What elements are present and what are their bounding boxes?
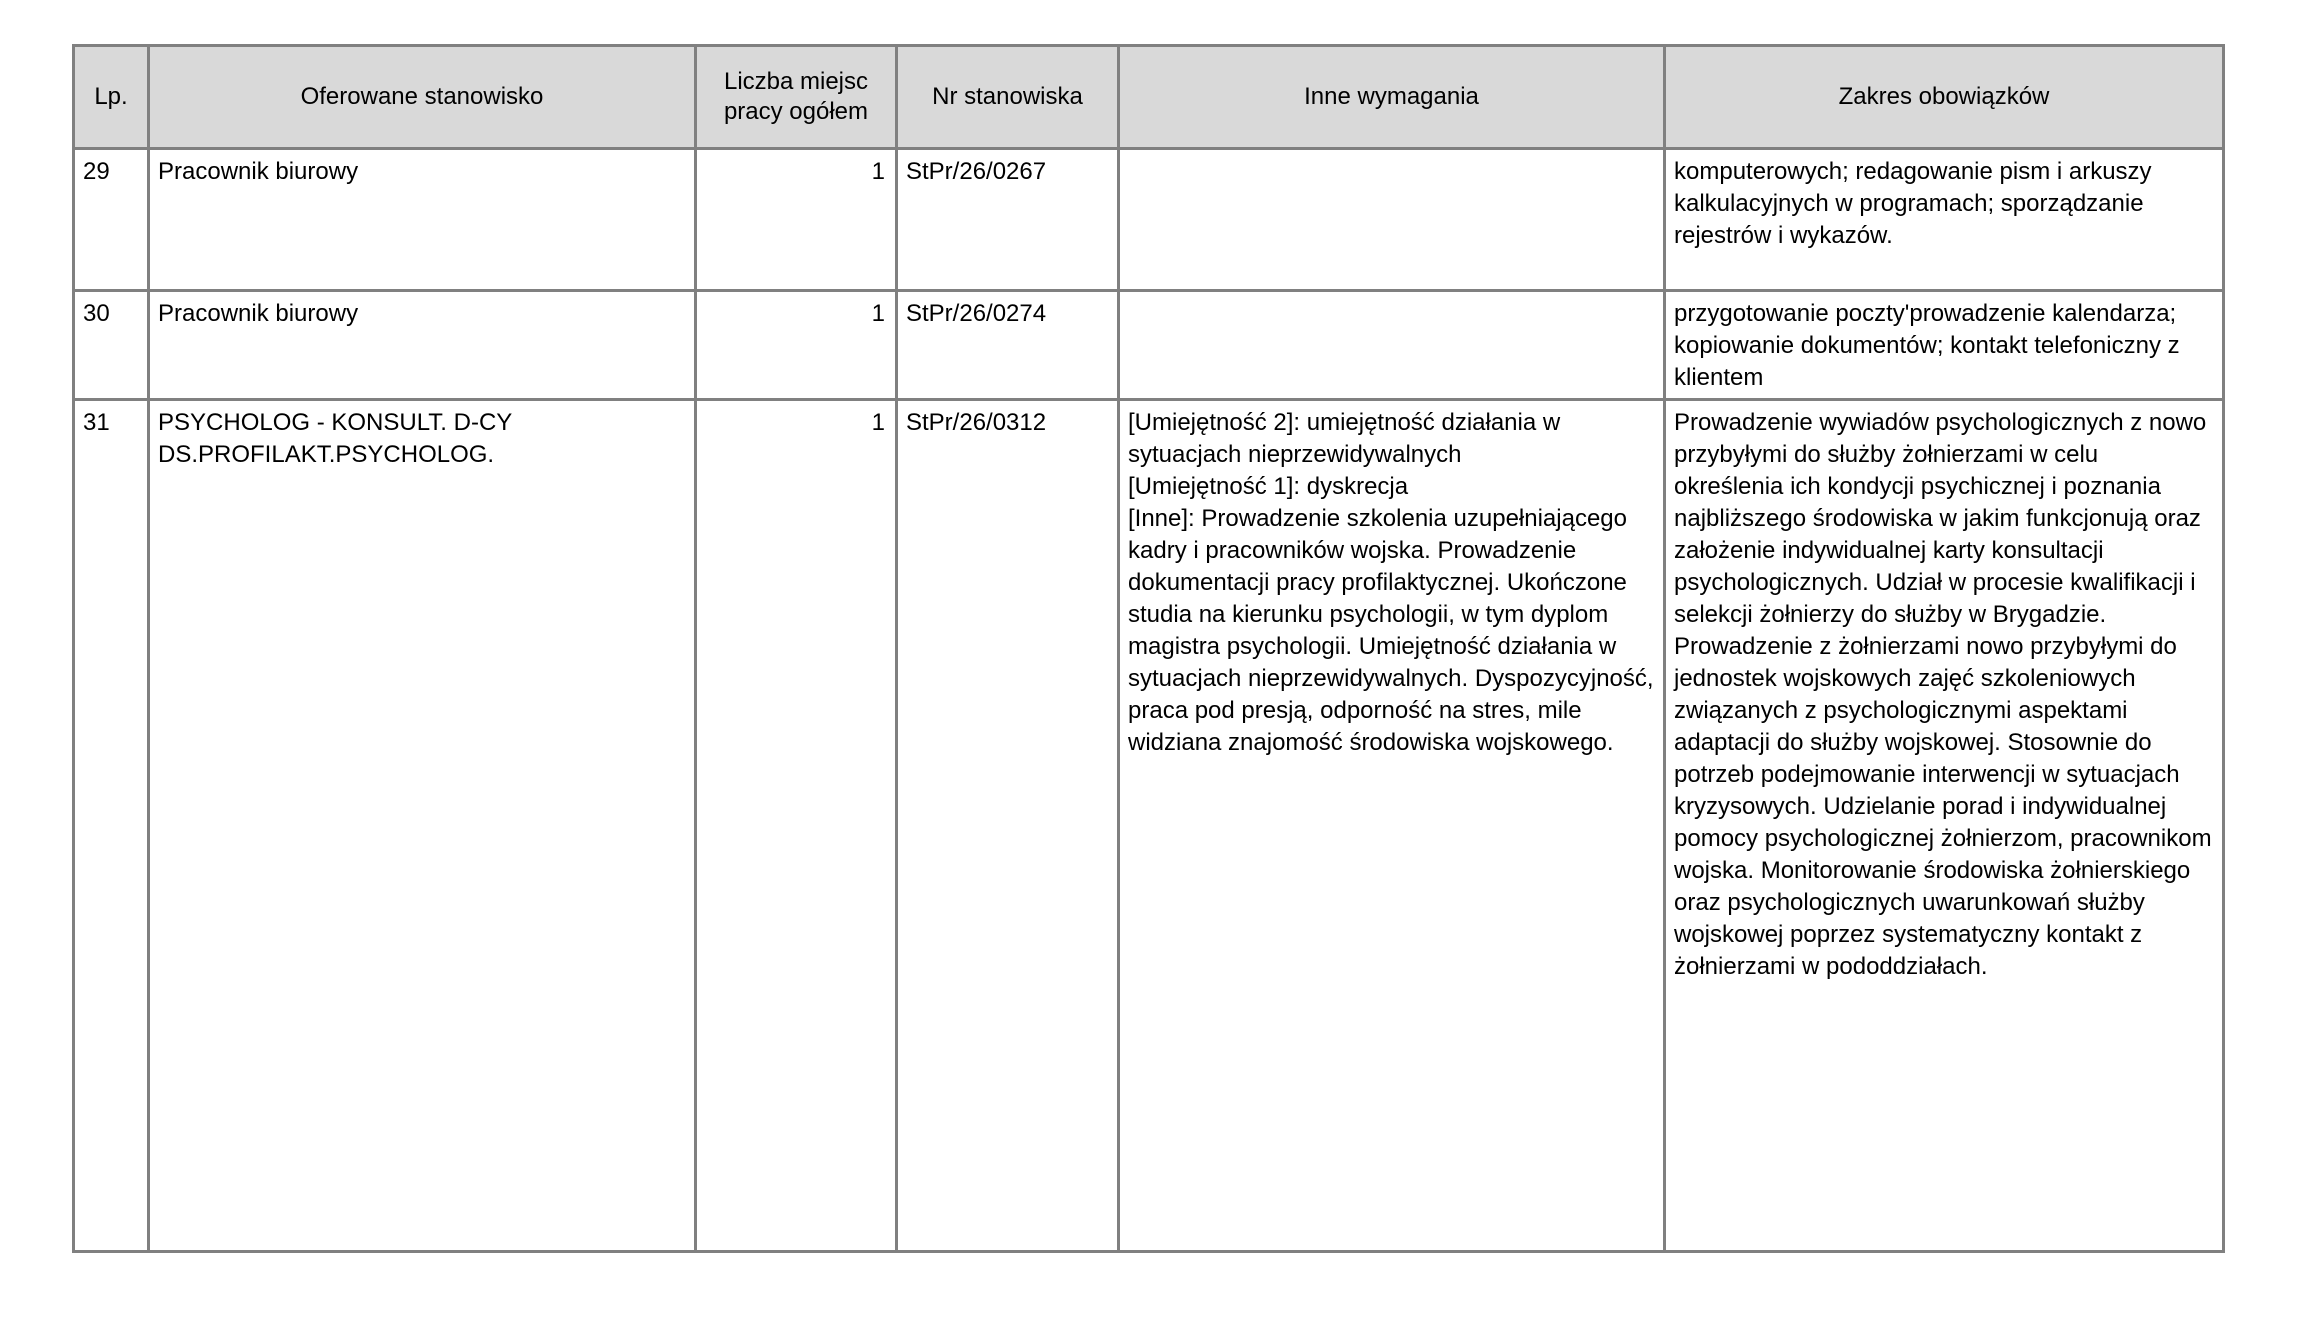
table-row: 30 Pracownik biurowy 1 StPr/26/0274 przy… xyxy=(74,291,2224,400)
cell-number: StPr/26/0274 xyxy=(897,291,1119,400)
header-duties: Zakres obowiązków xyxy=(1665,46,2224,149)
cell-number: StPr/26/0267 xyxy=(897,149,1119,291)
cell-duties: przygotowanie poczty'prowadzenie kalenda… xyxy=(1665,291,2224,400)
table-header-row: Lp. Oferowane stanowisko Liczba miejsc p… xyxy=(74,46,2224,149)
header-lp: Lp. xyxy=(74,46,149,149)
header-count: Liczba miejsc pracy ogółem xyxy=(696,46,897,149)
cell-lp: 29 xyxy=(74,149,149,291)
cell-requirements xyxy=(1119,291,1665,400)
cell-requirements xyxy=(1119,149,1665,291)
cell-position: PSYCHOLOG - KONSULT. D-CY DS.PROFILAKT.P… xyxy=(149,400,696,1252)
table-row: 29 Pracownik biurowy 1 StPr/26/0267 komp… xyxy=(74,149,2224,291)
cell-count: 1 xyxy=(696,149,897,291)
cell-count: 1 xyxy=(696,400,897,1252)
job-offers-table: Lp. Oferowane stanowisko Liczba miejsc p… xyxy=(72,44,2225,1253)
cell-lp: 30 xyxy=(74,291,149,400)
header-number: Nr stanowiska xyxy=(897,46,1119,149)
cell-duties: Prowadzenie wywiadów psychologicznych z … xyxy=(1665,400,2224,1252)
header-requirements: Inne wymagania xyxy=(1119,46,1665,149)
cell-duties: komputerowych; redagowanie pism i arkusz… xyxy=(1665,149,2224,291)
header-position: Oferowane stanowisko xyxy=(149,46,696,149)
table-row: 31 PSYCHOLOG - KONSULT. D-CY DS.PROFILAK… xyxy=(74,400,2224,1252)
cell-count: 1 xyxy=(696,291,897,400)
cell-position: Pracownik biurowy xyxy=(149,149,696,291)
cell-number: StPr/26/0312 xyxy=(897,400,1119,1252)
cell-requirements: [Umiejętność 2]: umiejętność działania w… xyxy=(1119,400,1665,1252)
cell-position: Pracownik biurowy xyxy=(149,291,696,400)
cell-lp: 31 xyxy=(74,400,149,1252)
